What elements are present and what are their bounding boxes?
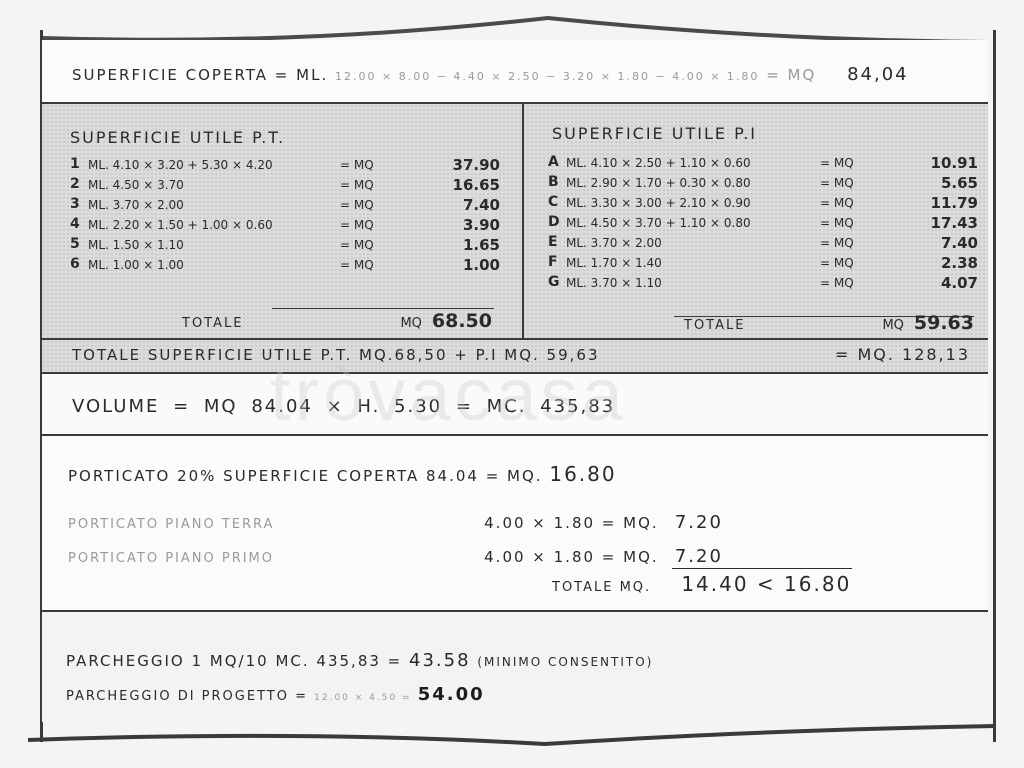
row-id: E: [548, 234, 558, 250]
covered-area-result: 84,04: [847, 64, 909, 85]
row-equals: = MQ: [820, 256, 854, 270]
row-value: 1.00: [463, 256, 500, 274]
porch-total-rule: [672, 568, 852, 569]
row-equals: = MQ: [340, 178, 374, 192]
parking-project-text: PARCHEGGIO DI PROGETTO =: [66, 689, 308, 704]
list-item: EML. 3.70 × 2.00= MQ7.40: [548, 234, 978, 254]
row-expression: ML. 3.70 × 2.00: [566, 236, 662, 250]
row-id: D: [548, 214, 560, 230]
total-number: 68.50: [432, 310, 492, 332]
row-id: F: [548, 254, 558, 270]
row-value: 7.40: [941, 234, 978, 252]
useful-area-section: SUPERFICIE UTILE P.T. 1ML. 4.10 × 3.20 +…: [42, 102, 988, 340]
total-unit: MQ: [400, 316, 421, 331]
parking-minimum-result: 43.58: [409, 650, 471, 671]
list-item: 4ML. 2.20 × 1.50 + 1.00 × 0.60= MQ3.90: [70, 216, 500, 236]
covered-area-label: SUPERFICIE COPERTA = ML.: [72, 66, 328, 84]
porch-row-name: PORTICATO PIANO TERRA: [68, 517, 478, 532]
row-id: C: [548, 194, 558, 210]
ground-floor-title: SUPERFICIE UTILE P.T.: [70, 128, 285, 147]
row-equals: = MQ: [820, 276, 854, 290]
list-item: 5ML. 1.50 × 1.10= MQ1.65: [70, 236, 500, 256]
porch-total: TOTALE MQ. 14.40 < 16.80: [552, 572, 851, 596]
useful-area-ground-floor: SUPERFICIE UTILE P.T. 1ML. 4.10 × 3.20 +…: [42, 104, 524, 338]
row-expression: ML. 2.90 × 1.70 + 0.30 × 0.80: [566, 176, 751, 190]
row-expression: ML. 1.70 × 1.40: [566, 256, 662, 270]
total-value: MQ68.50: [400, 310, 492, 332]
total-useful-area-section: TOTALE SUPERFICIE UTILE P.T. MQ.68,50 + …: [42, 340, 988, 374]
row-expression: ML. 1.00 × 1.00: [88, 258, 184, 272]
list-item: 2ML. 4.50 × 3.70= MQ16.65: [70, 176, 500, 196]
row-value: 5.65: [941, 174, 978, 192]
row-expression: ML. 4.10 × 3.20 + 5.30 × 4.20: [88, 158, 273, 172]
ground-floor-rows: 1ML. 4.10 × 3.20 + 5.30 × 4.20= MQ37.90 …: [70, 156, 500, 276]
row-value: 3.90: [463, 216, 500, 234]
useful-area-first-floor: SUPERFICIE UTILE P.I AML. 4.10 × 2.50 + …: [524, 104, 988, 338]
parking-project-formula: 12.00 × 4.50 =: [314, 693, 411, 703]
porch-heading-result: 16.80: [549, 462, 616, 486]
row-value: 4.07: [941, 274, 978, 292]
row-expression: ML. 4.50 × 3.70: [88, 178, 184, 192]
row-equals: = MQ: [340, 158, 374, 172]
total-useful-area-text: TOTALE SUPERFICIE UTILE P.T. MQ.68,50 + …: [72, 346, 600, 364]
row-expression: ML. 3.70 × 1.10: [566, 276, 662, 290]
porch-row-name: PORTICATO PIANO PRIMO: [68, 551, 478, 566]
porch-heading: PORTICATO 20% SUPERFICIE COPERTA 84.04 =…: [68, 462, 617, 486]
row-value: 10.91: [931, 154, 978, 172]
porch-section: PORTICATO 20% SUPERFICIE COPERTA 84.04 =…: [42, 436, 988, 612]
volume-text: VOLUME = MQ 84.04 × h. 5.30 = MC. 435,83: [72, 396, 615, 417]
list-item: CML. 3.30 × 3.00 + 2.10 × 0.90= MQ11.79: [548, 194, 978, 214]
row-expression: ML. 3.30 × 3.00 + 2.10 × 0.90: [566, 196, 751, 210]
row-equals: = MQ: [340, 198, 374, 212]
row-equals: = MQ: [340, 218, 374, 232]
row-id: 2: [70, 176, 80, 192]
row-value: 16.65: [453, 176, 500, 194]
total-number: 59.63: [914, 312, 974, 334]
parking-minimum-note: (MINIMO CONSENTITO): [477, 655, 653, 669]
row-equals: = MQ: [820, 236, 854, 250]
row-value: 2.38: [941, 254, 978, 272]
row-equals: = MQ: [820, 216, 854, 230]
row-equals: = MQ: [820, 156, 854, 170]
porch-row-calc: 4.00 × 1.80 = MQ.: [484, 514, 659, 532]
list-item: GML. 3.70 × 1.10= MQ4.07: [548, 274, 978, 294]
porch-heading-text: PORTICATO 20% SUPERFICIE COPERTA 84.04 =…: [68, 467, 543, 485]
row-expression: ML. 1.50 × 1.10: [88, 238, 184, 252]
row-id: 6: [70, 256, 80, 272]
row-id: 3: [70, 196, 80, 212]
covered-area-equals: = MQ: [766, 66, 816, 84]
row-expression: ML. 4.50 × 3.70 + 1.10 × 0.80: [566, 216, 751, 230]
row-value: 1.65: [463, 236, 500, 254]
first-floor-rows: AML. 4.10 × 2.50 + 1.10 × 0.60= MQ10.91 …: [548, 154, 978, 294]
parking-minimum-text: PARCHEGGIO 1 MQ/10 MC. 435,83 =: [66, 652, 402, 670]
porch-total-value: 14.40 < 16.80: [681, 572, 851, 596]
covered-area-formula: 12.00 × 8.00 − 4.40 × 2.50 − 3.20 × 1.80…: [335, 70, 759, 83]
total-unit: MQ: [882, 318, 903, 333]
row-expression: ML. 4.10 × 2.50 + 1.10 × 0.60: [566, 156, 751, 170]
parking-project-result: 54.00: [418, 684, 485, 705]
list-item: PORTICATO PIANO TERRA 4.00 × 1.80 = MQ. …: [68, 512, 723, 533]
total-label: TOTALE: [684, 318, 745, 333]
porch-row-value: 7.20: [675, 512, 723, 533]
row-equals: = MQ: [820, 176, 854, 190]
list-item: 3ML. 3.70 × 2.00= MQ7.40: [70, 196, 500, 216]
porch-total-label: TOTALE MQ.: [552, 580, 651, 595]
parking-project-row: PARCHEGGIO DI PROGETTO = 12.00 × 4.50 = …: [66, 684, 485, 705]
list-item: 6ML. 1.00 × 1.00= MQ1.00: [70, 256, 500, 276]
row-id: A: [548, 154, 559, 170]
volume-section: VOLUME = MQ 84.04 × h. 5.30 = MC. 435,83: [42, 374, 988, 436]
total-value: MQ59.63: [882, 312, 974, 334]
list-item: DML. 4.50 × 3.70 + 1.10 × 0.80= MQ17.43: [548, 214, 978, 234]
row-equals: = MQ: [820, 196, 854, 210]
first-floor-title: SUPERFICIE UTILE P.I: [552, 124, 757, 143]
covered-area-section: SUPERFICIE COPERTA = ML. 12.00 × 8.00 − …: [42, 40, 988, 102]
list-item: FML. 1.70 × 1.40= MQ2.38: [548, 254, 978, 274]
row-equals: = MQ: [340, 238, 374, 252]
row-value: 11.79: [931, 194, 978, 212]
row-value: 17.43: [931, 214, 978, 232]
parking-section: PARCHEGGIO 1 MQ/10 MC. 435,83 = 43.58 (M…: [42, 612, 988, 722]
row-id: G: [548, 274, 560, 290]
list-item: 1ML. 4.10 × 3.20 + 5.30 × 4.20= MQ37.90: [70, 156, 500, 176]
row-expression: ML. 2.20 × 1.50 + 1.00 × 0.60: [88, 218, 273, 232]
row-equals: = MQ: [340, 258, 374, 272]
row-value: 7.40: [463, 196, 500, 214]
list-item: BML. 2.90 × 1.70 + 0.30 × 0.80= MQ5.65: [548, 174, 978, 194]
row-value: 37.90: [453, 156, 500, 174]
total-useful-area-result: = MQ. 128,13: [835, 345, 970, 364]
parking-minimum-row: PARCHEGGIO 1 MQ/10 MC. 435,83 = 43.58 (M…: [66, 650, 653, 671]
porch-row-calc: 4.00 × 1.80 = MQ.: [484, 548, 659, 566]
list-item: PORTICATO PIANO PRIMO 4.00 × 1.80 = MQ. …: [68, 546, 723, 567]
row-id: 5: [70, 236, 80, 252]
row-id: 1: [70, 156, 80, 172]
covered-area-line: SUPERFICIE COPERTA = ML. 12.00 × 8.00 − …: [72, 64, 909, 85]
row-expression: ML. 3.70 × 2.00: [88, 198, 184, 212]
total-label: TOTALE: [182, 316, 243, 331]
list-item: AML. 4.10 × 2.50 + 1.10 × 0.60= MQ10.91: [548, 154, 978, 174]
row-id: 4: [70, 216, 80, 232]
porch-row-value: 7.20: [675, 546, 723, 567]
row-id: B: [548, 174, 559, 190]
total-rule: [272, 308, 494, 309]
